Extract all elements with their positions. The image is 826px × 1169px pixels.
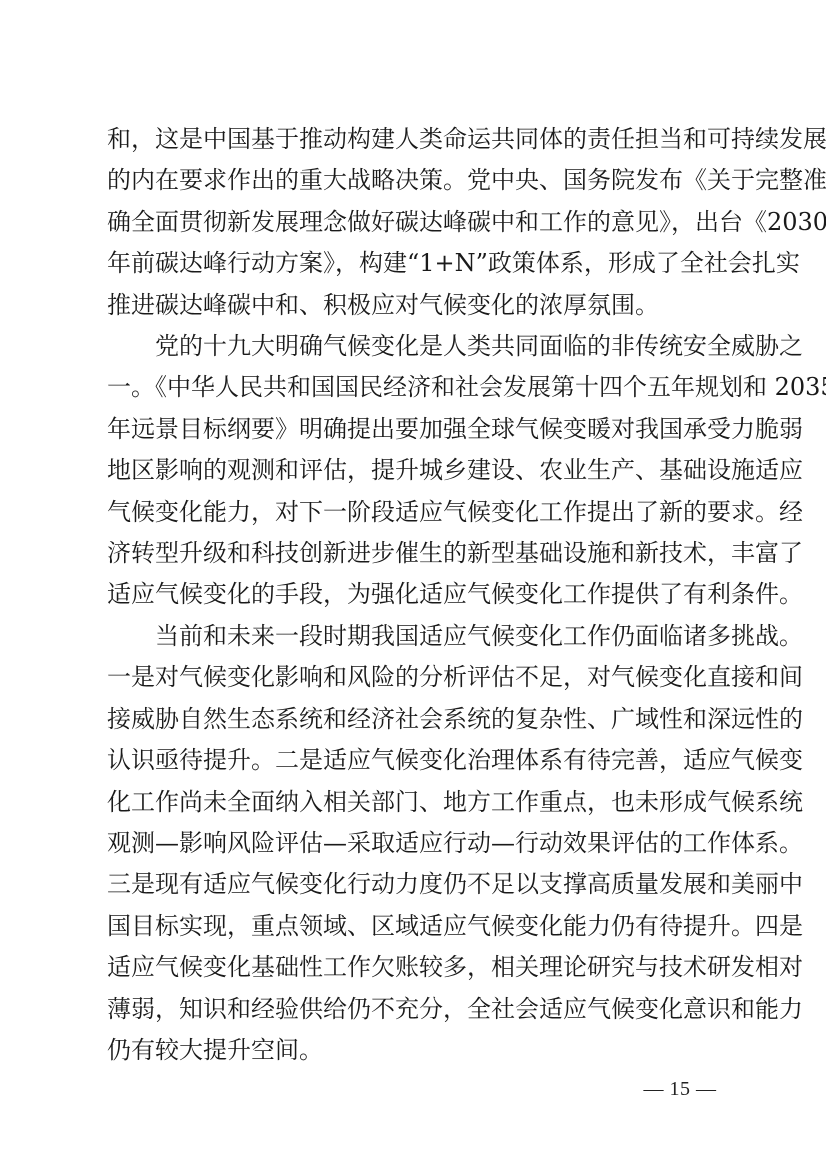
paragraph-nineteenth-congress: 党的十九大明确气候变化是人类共同面临的非传统安全威胁之 一。《中华人民共和国国民… (107, 326, 721, 616)
text-line: 仍有较大提升空间。 (107, 1030, 721, 1071)
text-line: 的内在要求作出的重大战略决策。党中央、国务院发布《关于完整准 (107, 160, 721, 201)
text-line: 党的十九大明确气候变化是人类共同面临的非传统安全威胁之 (107, 326, 721, 367)
body-text: 和，这是中国基于推动构建人类命运共同体的责任担当和可持续发展 的内在要求作出的重… (107, 119, 721, 1071)
text-line: 一。《中华人民共和国国民经济和社会发展第十四个五年规划和 2035 (107, 367, 721, 408)
page-number: — 15 — (630, 1078, 730, 1101)
text-line: 国目标实现，重点领域、区域适应气候变化能力仍有待提升。四是 (107, 906, 721, 947)
text-line: 确全面贯彻新发展理念做好碳达峰碳中和工作的意见》，出台《2030 (107, 202, 721, 243)
text-line: 推进碳达峰碳中和、积极应对气候变化的浓厚氛围。 (107, 285, 721, 326)
text-line: 适应气候变化基础性工作欠账较多，相关理论研究与技术研发相对 (107, 947, 721, 988)
text-line: 接威胁自然生态系统和经济社会系统的复杂性、广域性和深远性的 (107, 699, 721, 740)
text-line: 年远景目标纲要》明确提出要加强全球气候变暖对我国承受力脆弱 (107, 409, 721, 450)
text-line: 化工作尚未全面纳入相关部门、地方工作重点，也未形成气候系统 (107, 782, 721, 823)
text-line: 济转型升级和科技创新进步催生的新型基础设施和新技术，丰富了 (107, 533, 721, 574)
text-line: 认识亟待提升。二是适应气候变化治理体系有待完善，适应气候变 (107, 740, 721, 781)
paragraph-challenges: 当前和未来一段时期我国适应气候变化工作仍面临诸多挑战。 一是对气候变化影响和风险… (107, 616, 721, 1071)
text-line: 地区影响的观测和评估，提升城乡建设、农业生产、基础设施适应 (107, 450, 721, 491)
text-line: 薄弱，知识和经验供给仍不充分，全社会适应气候变化意识和能力 (107, 989, 721, 1030)
text-line: 年前碳达峰行动方案》，构建“1+N”政策体系，形成了全社会扎实 (107, 243, 721, 284)
text-line: 气候变化能力，对下一阶段适应气候变化工作提出了新的要求。经 (107, 492, 721, 533)
text-line: 观测—影响风险评估—采取适应行动—行动效果评估的工作体系。 (107, 823, 721, 864)
text-line: 适应气候变化的手段，为强化适应气候变化工作提供了有利条件。 (107, 574, 721, 615)
text-line: 一是对气候变化影响和风险的分析评估不足，对气候变化直接和间 (107, 657, 721, 698)
text-line: 当前和未来一段时期我国适应气候变化工作仍面临诸多挑战。 (107, 616, 721, 657)
text-line: 三是现有适应气候变化行动力度仍不足以支撑高质量发展和美丽中 (107, 864, 721, 905)
paragraph-carbon-neutrality: 和，这是中国基于推动构建人类命运共同体的责任担当和可持续发展 的内在要求作出的重… (107, 119, 721, 326)
text-line: 和，这是中国基于推动构建人类命运共同体的责任担当和可持续发展 (107, 119, 721, 160)
document-page: 和，这是中国基于推动构建人类命运共同体的责任担当和可持续发展 的内在要求作出的重… (0, 0, 826, 1169)
